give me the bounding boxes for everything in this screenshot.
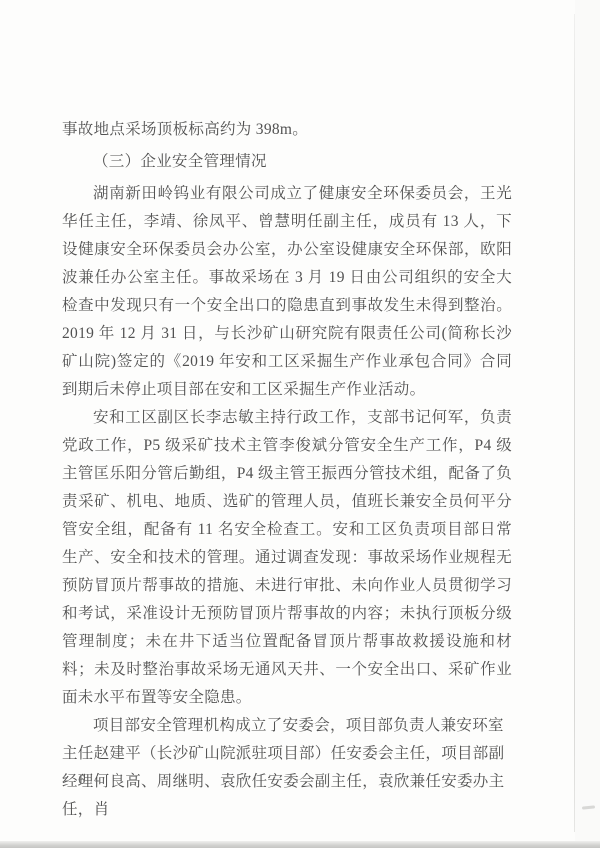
scan-bottom-edge-band	[0, 841, 600, 848]
scan-right-edge-tint	[575, 0, 600, 842]
scanned-document-page: 事故地点采场顶板标高约为 398m。 （三）企业安全管理情况 湖南新田岭钨业有限…	[0, 0, 600, 848]
paragraph-project-dept-safety-org: 项目部安全管理机构成立了安委会，项目部负责人兼安环室主任赵建平（长沙矿山院派驻项…	[62, 712, 512, 824]
scan-page-edge-line	[574, 14, 575, 832]
document-text-column: 事故地点采场顶板标高约为 398m。 （三）企业安全管理情况 湖南新田岭钨业有限…	[62, 116, 512, 824]
page-number: - 6 -	[64, 771, 102, 791]
paragraph-continuation: 事故地点采场顶板标高约为 398m。	[62, 116, 512, 144]
paragraph-anhe-district-management: 安和工区副区长李志敏主持行政工作，支部书记何军，负责党政工作，P5 级采矿技术主…	[62, 404, 512, 712]
section-heading: （三）企业安全管理情况	[62, 148, 512, 176]
paragraph-company-safety-management: 湖南新田岭钨业有限公司成立了健康安全环保委员会，王光华任主任，李靖、徐凤平、曾慧…	[62, 180, 512, 404]
